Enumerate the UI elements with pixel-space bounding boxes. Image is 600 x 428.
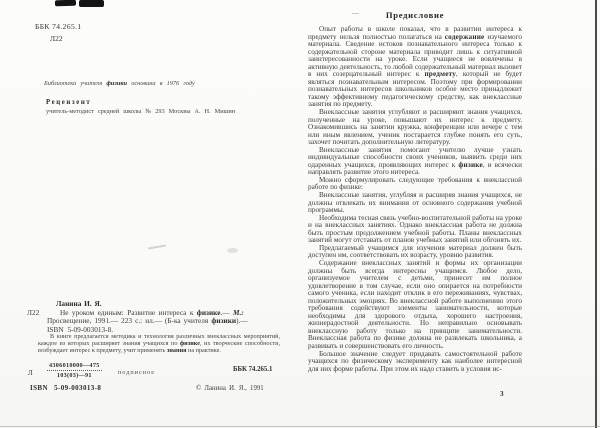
isbn-line: ISBN 5-09-003013-8 [30,384,101,392]
imprint-denominator: 103(03)—91 [47,371,102,379]
imprint-letter: Л [28,369,33,377]
imprint-formula: 4306010000—475 103(03)—91 [47,362,102,379]
imprint-note: подписное [118,369,155,376]
book-spread-scan: ББК 74.265.1 Л22 Библиотека учителя физи… [0,0,600,428]
imprint-numerator: 4306010000—475 [47,362,102,371]
preface-paragraph: Можно сформулировать следующие требовани… [308,177,522,192]
preface-paragraph: Опыт работы в школе показал, что в разви… [308,26,522,109]
ink-stamp-artifact [55,0,76,6]
reviewer-line: учитель-методист средней школы № 293 Мос… [46,108,235,115]
bbk-classification: ББК 74.265.1 [35,22,82,31]
preface-paragraph: Содержание внеклассных занятий и формы и… [308,260,522,351]
preface-paragraph: Большое значение следует придавать самос… [308,351,522,374]
author-sign: Л22 [50,34,63,43]
ink-stamp-artifact [79,0,104,7]
preface-paragraph: Предлагаемый учащимся для изучения матер… [308,245,522,260]
copyright-line: © Ланина И. Я., 1991 [196,385,264,392]
preface-paragraph: Внеклассные занятия, углубляя и расширяя… [308,192,522,215]
preface-paragraph: Необходима тесная связь учебно-воспитате… [308,215,522,245]
preface-paragraphs: Опыт работы в школе показал, что в разви… [308,26,522,373]
series-note: Библиотека учителя физики основана в 197… [44,80,195,87]
page-edge-line [595,0,597,428]
reviewer-heading: Рецензент [46,99,91,106]
catalog-card-annotation: В книге предлагается методика и технолог… [38,333,280,354]
preface-paragraph: Внеклассные занятия помогают учителю луч… [308,147,522,177]
catalog-card-code: Л22 [27,308,39,317]
page-number: 3 [500,390,504,398]
page-bottom-edge-line [0,426,600,427]
imprint-bbk: ББК 74.265.1 [233,366,272,373]
preface-title: Предисловие [308,10,522,20]
scan-smudge [227,248,238,253]
scan-smudge [148,244,166,249]
preface-paragraph: Внеклассные занятия углубляют и расширяю… [308,109,522,147]
preface-page: Предисловие Опыт работы в школе показал,… [308,10,522,373]
